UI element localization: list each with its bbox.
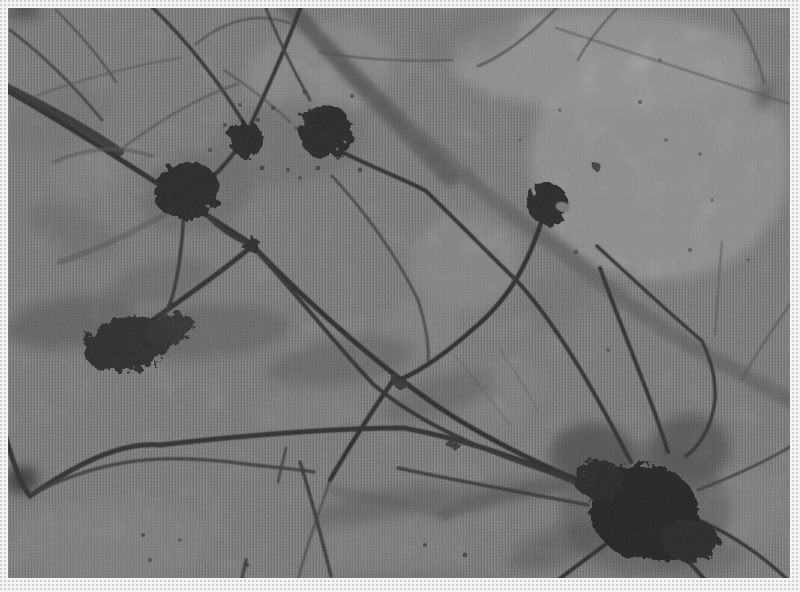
film-grain-light-overlay bbox=[8, 8, 790, 578]
scanned-figure-frame bbox=[0, 0, 800, 592]
micrograph-scene-svg bbox=[8, 8, 790, 578]
micrograph-photo bbox=[8, 8, 790, 578]
